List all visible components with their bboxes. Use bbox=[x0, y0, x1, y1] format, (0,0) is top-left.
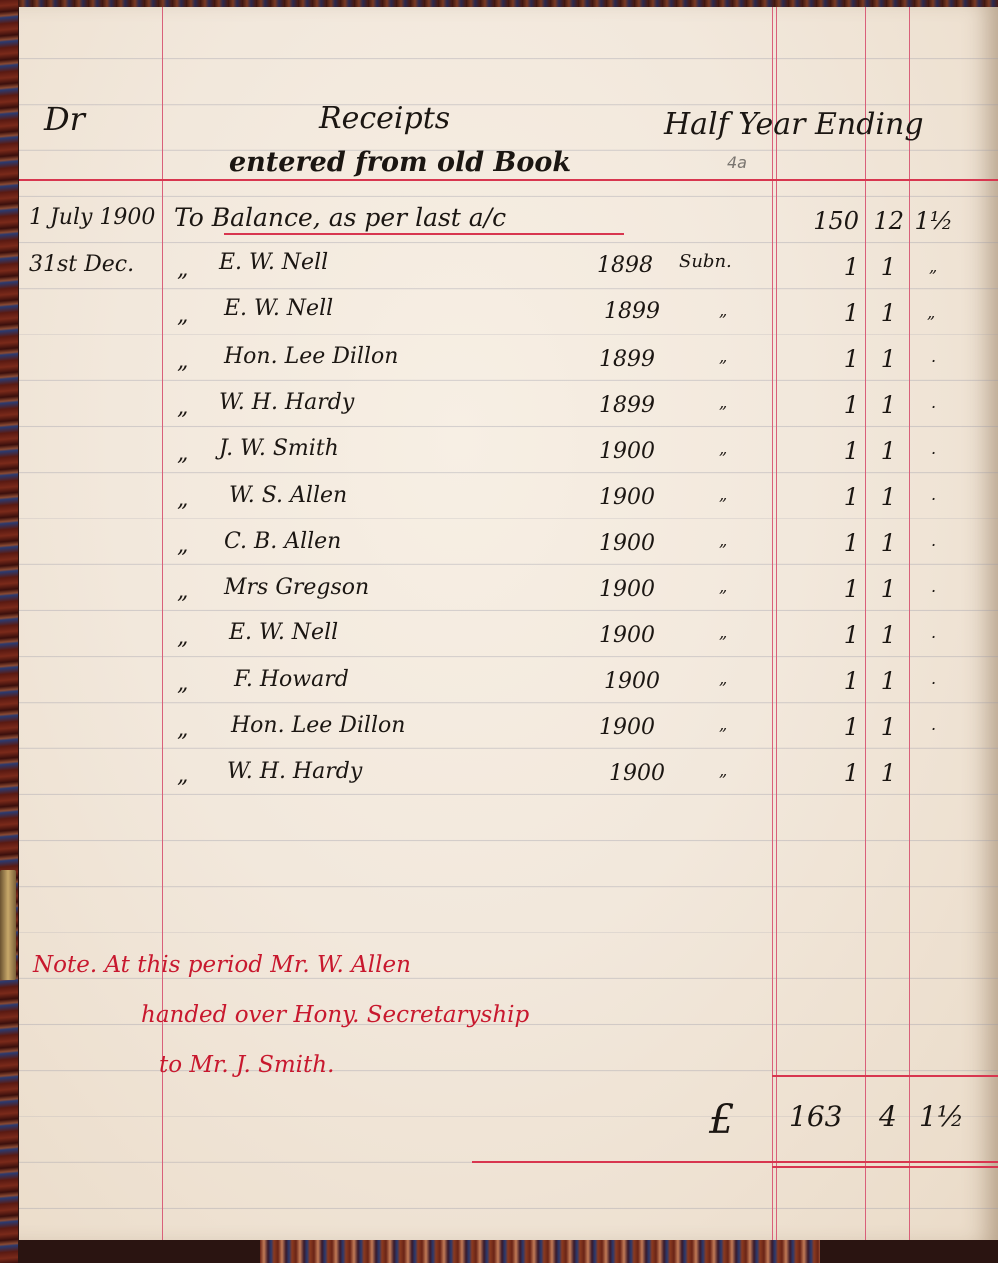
entry-pounds: 1 bbox=[819, 345, 859, 373]
entry-pence: . bbox=[931, 485, 936, 504]
opening-shillings: 12 bbox=[864, 207, 904, 235]
ditto-mark: „ bbox=[177, 349, 188, 374]
pounds-column-rule-left-b bbox=[776, 7, 777, 1240]
note-line-2: handed over Hony. Secretaryship bbox=[141, 1002, 529, 1028]
balance-underline bbox=[224, 233, 624, 235]
entry-pence: . bbox=[931, 439, 936, 458]
total-bottom-rule bbox=[472, 1161, 998, 1163]
note-line-3: to Mr. J. Smith. bbox=[159, 1052, 334, 1078]
entry-pounds: 1 bbox=[819, 713, 859, 741]
entry-pounds: 1 bbox=[819, 621, 859, 649]
ditto-mark: „ bbox=[177, 579, 188, 604]
entry-type: Subn. bbox=[679, 251, 732, 272]
entry-name: W. H. Hardy bbox=[227, 759, 362, 784]
entry-shillings: 1 bbox=[864, 299, 896, 327]
entry-year: 1900 bbox=[599, 531, 655, 556]
entry-pence: . bbox=[931, 393, 936, 412]
entry-name: J. W. Smith bbox=[219, 436, 339, 461]
ditto-mark: „ bbox=[177, 717, 188, 742]
page-title: Receipts bbox=[319, 101, 450, 136]
entry-pounds: 1 bbox=[819, 667, 859, 695]
opening-particulars: To Balance, as per last a/c bbox=[174, 203, 506, 232]
binding-tab bbox=[0, 870, 16, 980]
entry-pence: „ bbox=[929, 257, 937, 276]
ditto-mark: „ bbox=[177, 487, 188, 512]
entry-year: 1899 bbox=[599, 393, 655, 418]
entry-pounds: 1 bbox=[819, 529, 859, 557]
marbled-edge-left bbox=[0, 0, 18, 1263]
pencil-annotation: 4a bbox=[727, 153, 747, 172]
entry-shillings: 1 bbox=[864, 391, 896, 419]
ditto-mark: „ bbox=[177, 395, 188, 420]
entry-shillings: 1 bbox=[864, 253, 896, 281]
entry-name: C. B. Allen bbox=[224, 529, 341, 554]
entry-name: Mrs Gregson bbox=[224, 575, 369, 600]
debit-label: Dr bbox=[44, 100, 85, 138]
entry-pence: „ bbox=[927, 303, 935, 322]
opening-date: 1 July 1900 bbox=[29, 205, 155, 230]
ditto-mark: „ bbox=[177, 533, 188, 558]
total-top-rule bbox=[772, 1075, 998, 1077]
entry-type: „ bbox=[719, 485, 727, 504]
entry-pence: . bbox=[931, 531, 936, 550]
entry-pounds: 1 bbox=[819, 483, 859, 511]
entry-year: 1900 bbox=[604, 669, 660, 694]
entries-date: 31st Dec. bbox=[29, 252, 134, 277]
entry-name: Hon. Lee Dillon bbox=[231, 713, 405, 738]
entry-shillings: 1 bbox=[864, 759, 896, 787]
entry-pence: . bbox=[931, 715, 936, 734]
entry-type: „ bbox=[719, 347, 727, 366]
entry-pence: . bbox=[931, 669, 936, 688]
entry-type: „ bbox=[719, 531, 727, 550]
total-shillings: 4 bbox=[879, 1100, 897, 1133]
total-double-rule bbox=[772, 1166, 998, 1168]
entry-year: 1899 bbox=[604, 299, 660, 324]
entry-shillings: 1 bbox=[864, 621, 896, 649]
ditto-mark: „ bbox=[177, 441, 188, 466]
entry-shillings: 1 bbox=[864, 483, 896, 511]
entry-name: W. S. Allen bbox=[229, 483, 347, 508]
ditto-mark: „ bbox=[177, 763, 188, 788]
entry-pounds: 1 bbox=[819, 253, 859, 281]
pence-column-rule bbox=[909, 7, 910, 1240]
ditto-mark: „ bbox=[177, 257, 188, 282]
entry-year: 1900 bbox=[599, 485, 655, 510]
entry-pence: . bbox=[931, 623, 936, 642]
opening-pounds: 150 bbox=[799, 207, 859, 235]
entry-type: „ bbox=[719, 393, 727, 412]
marbled-edge-bottom bbox=[260, 1240, 820, 1263]
entry-name: E. W. Nell bbox=[219, 250, 328, 275]
entry-pounds: 1 bbox=[819, 391, 859, 419]
entry-year: 1900 bbox=[599, 715, 655, 740]
entry-pounds: 1 bbox=[819, 759, 859, 787]
entry-year: 1900 bbox=[599, 439, 655, 464]
entry-pence: . bbox=[931, 577, 936, 596]
entry-shillings: 1 bbox=[864, 529, 896, 557]
entry-shillings: 1 bbox=[864, 345, 896, 373]
entry-type: „ bbox=[719, 669, 727, 688]
pound-sign: £ bbox=[709, 1097, 734, 1143]
entry-year: 1899 bbox=[599, 347, 655, 372]
entry-shillings: 1 bbox=[864, 667, 896, 695]
period-label: Half Year Ending bbox=[664, 107, 924, 142]
entry-year: 1900 bbox=[609, 761, 665, 786]
entry-year: 1900 bbox=[599, 577, 655, 602]
ditto-mark: „ bbox=[177, 303, 188, 328]
entry-pounds: 1 bbox=[819, 299, 859, 327]
entry-pounds: 1 bbox=[819, 575, 859, 603]
entry-type: „ bbox=[719, 761, 727, 780]
entry-type: „ bbox=[719, 577, 727, 596]
note-line-1: Note. At this period Mr. W. Allen bbox=[33, 952, 411, 978]
entry-type: „ bbox=[719, 301, 727, 320]
ditto-mark: „ bbox=[177, 671, 188, 696]
entry-pounds: 1 bbox=[819, 437, 859, 465]
opening-pence: 1½ bbox=[909, 207, 953, 235]
entry-type: „ bbox=[719, 439, 727, 458]
entry-name: F. Howard bbox=[234, 667, 349, 692]
entry-pence: . bbox=[931, 347, 936, 366]
ditto-mark: „ bbox=[177, 625, 188, 650]
entry-shillings: 1 bbox=[864, 437, 896, 465]
entry-year: 1898 bbox=[597, 253, 653, 278]
pounds-column-rule-left-a bbox=[772, 7, 773, 1240]
total-pence: 1½ bbox=[919, 1100, 964, 1133]
entry-type: „ bbox=[719, 715, 727, 734]
entry-name: W. H. Hardy bbox=[219, 390, 354, 415]
entry-name: E. W. Nell bbox=[224, 296, 333, 321]
entry-name: Hon. Lee Dillon bbox=[224, 344, 398, 369]
entry-year: 1900 bbox=[599, 623, 655, 648]
subtitle: entered from old Book bbox=[229, 147, 571, 178]
ledger-page: Dr Receipts Half Year Ending entered fro… bbox=[19, 7, 998, 1240]
header-rule bbox=[19, 179, 998, 181]
entry-shillings: 1 bbox=[864, 713, 896, 741]
entry-shillings: 1 bbox=[864, 575, 896, 603]
entry-name: E. W. Nell bbox=[229, 620, 338, 645]
entry-type: „ bbox=[719, 623, 727, 642]
total-pounds: 163 bbox=[789, 1100, 842, 1133]
